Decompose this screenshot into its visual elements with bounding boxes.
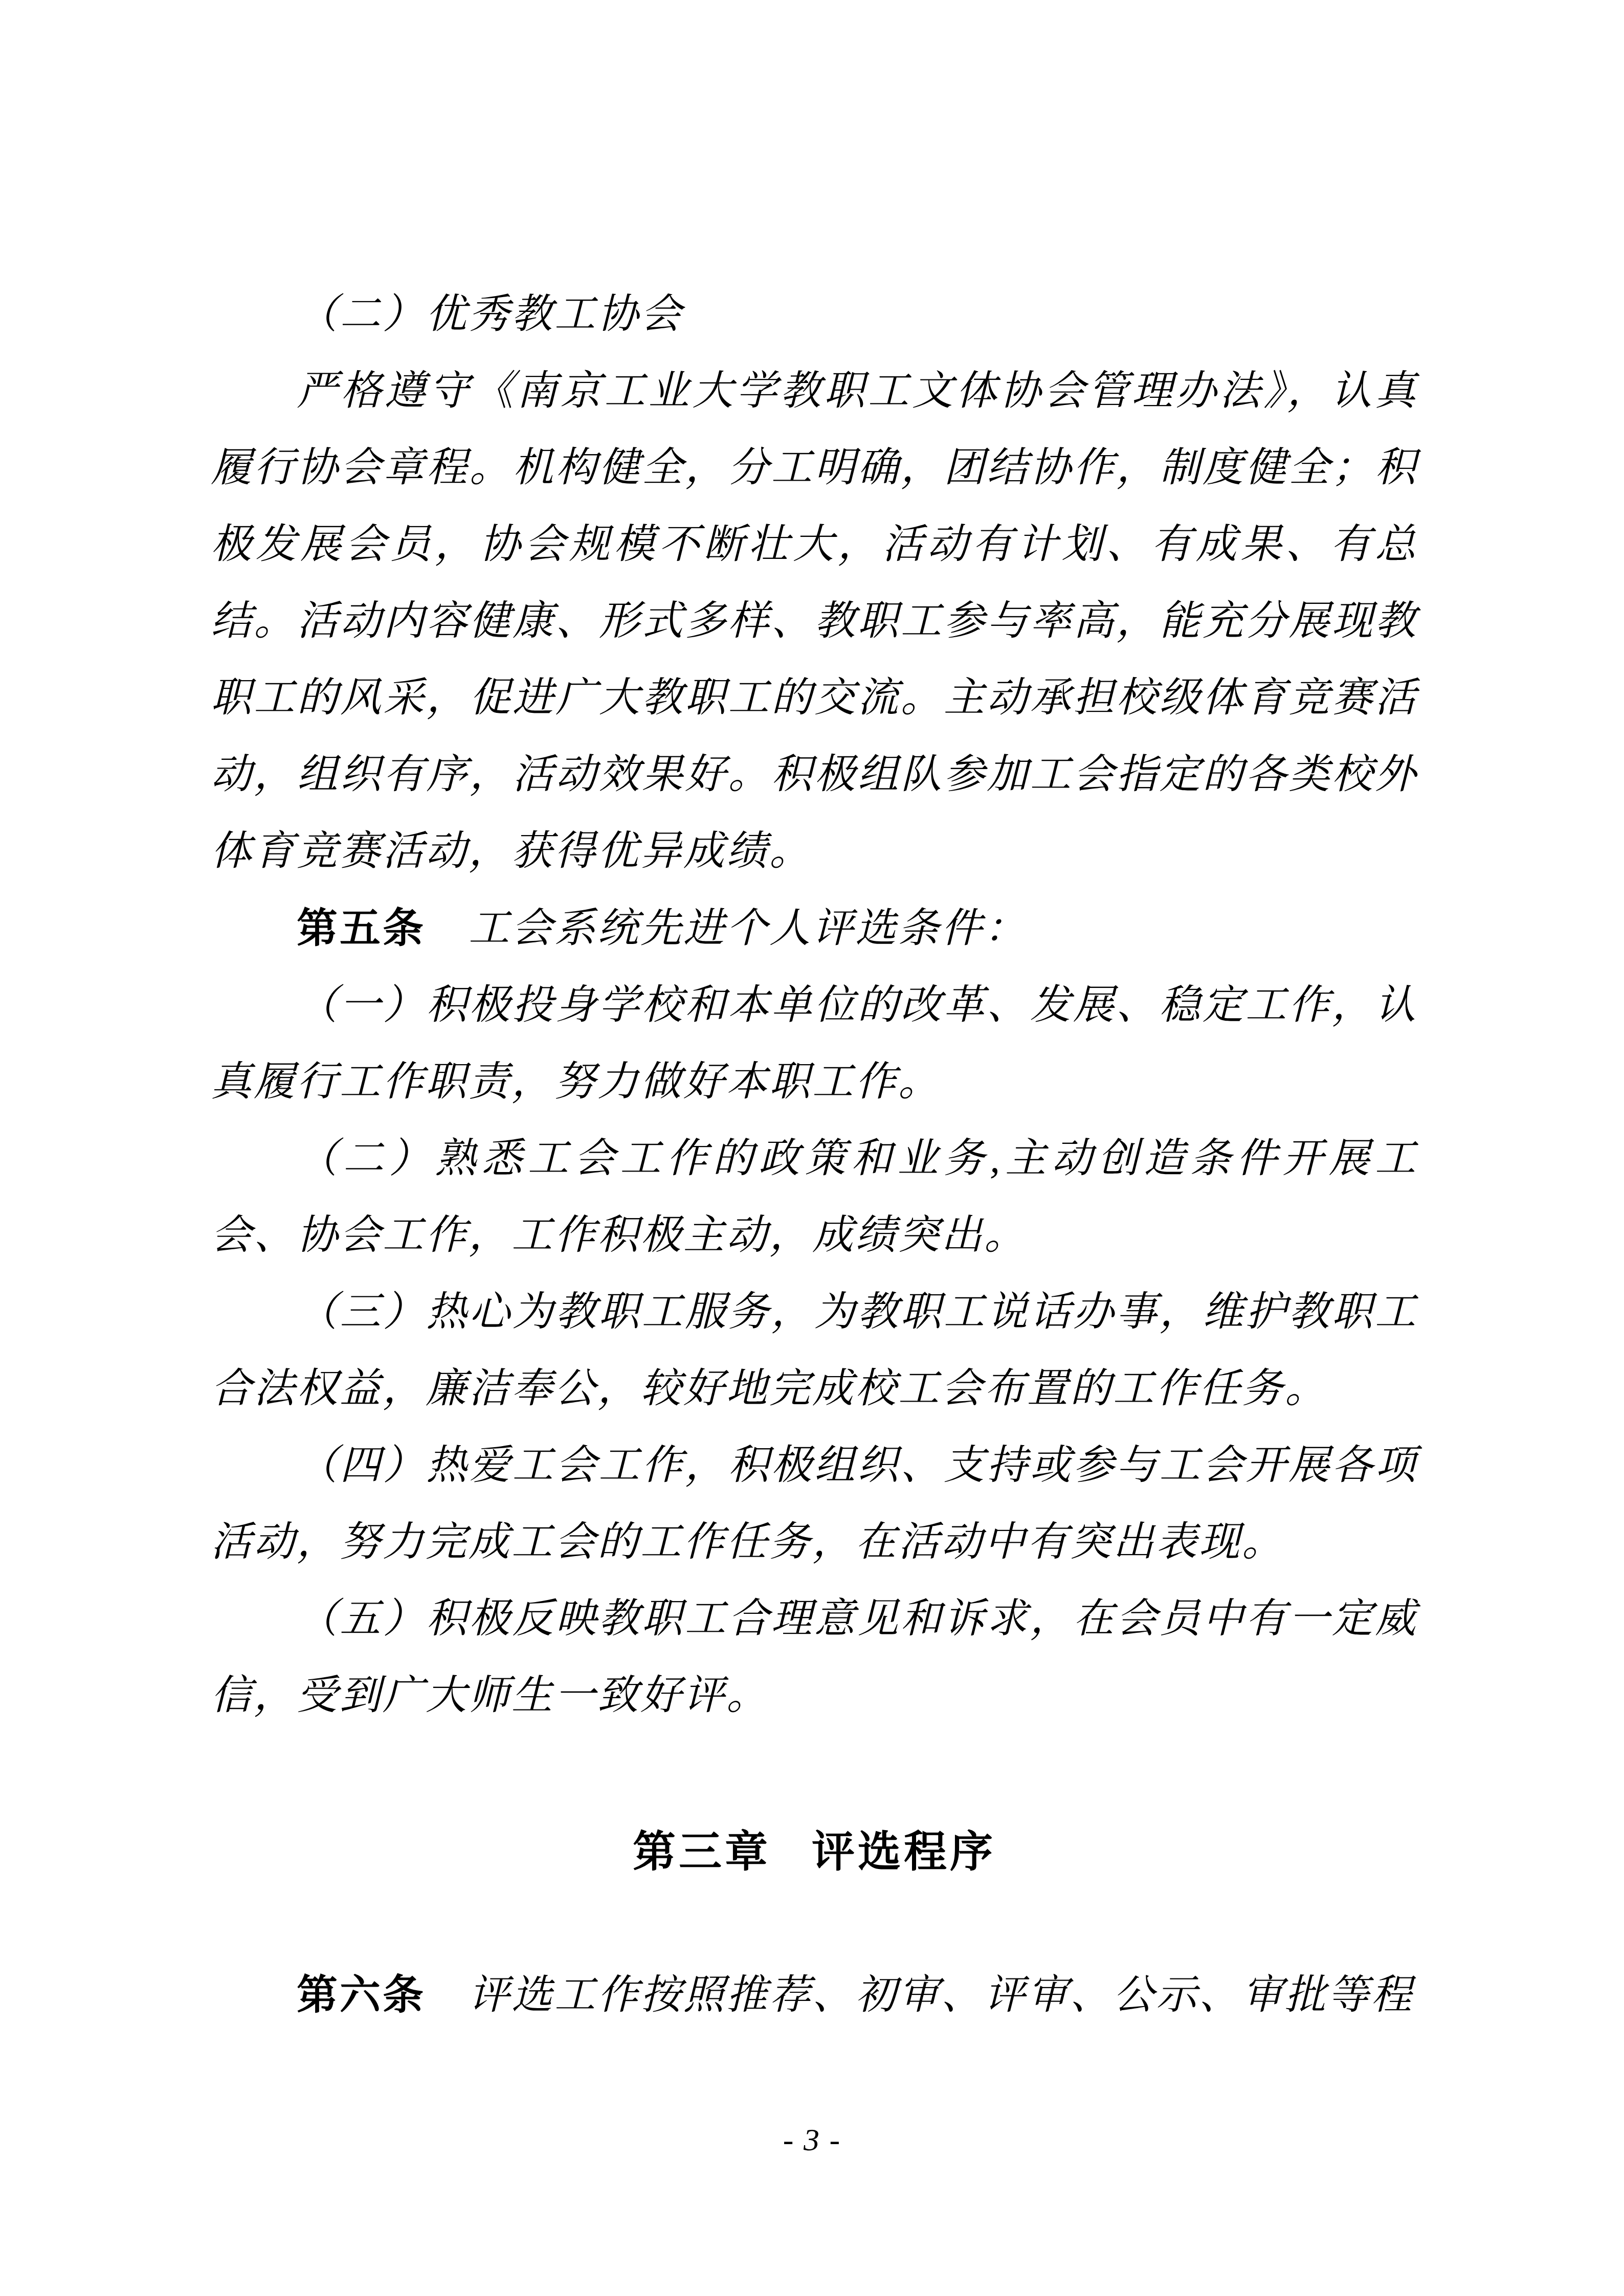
document-body: （二）优秀教工协会 严格遵守《南京工业大学教职工文体协会管理办法》，认真履行协会… bbox=[211, 276, 1418, 2034]
para-condition-3: （三）热心为教职工服务，为教职工说话办事，维护教职工合法权益，廉洁奉公，较好地完… bbox=[211, 1274, 1418, 1427]
chapter-three-label: 第三章 bbox=[633, 1828, 771, 1876]
article-five-text: 工会系统先进个人评选条件： bbox=[469, 906, 1027, 951]
para-condition-5: （五）积极反映教职工合理意见和诉求，在会员中有一定威信，受到广大师生一致好评。 bbox=[211, 1581, 1418, 1734]
chapter-three-title: 评选程序 bbox=[812, 1828, 996, 1876]
para-item-two-heading: （二）优秀教工协会 bbox=[211, 276, 1418, 353]
article-six-label: 第六条 bbox=[297, 1972, 426, 2017]
document-page: （二）优秀教工协会 严格遵守《南京工业大学教职工文体协会管理办法》，认真履行协会… bbox=[0, 0, 1624, 2296]
para-article-five: 第五条工会系统先进个人评选条件： bbox=[211, 890, 1418, 967]
page-number: - 3 - bbox=[0, 2120, 1624, 2160]
para-condition-2: （二）熟悉工会工作的政策和业务,主动创造条件开展工会、协会工作，工作积极主动，成… bbox=[211, 1120, 1418, 1274]
chapter-three-heading: 第三章评选程序 bbox=[211, 1813, 1418, 1890]
para-article-six: 第六条评选工作按照推荐、初审、评审、公示、审批等程 bbox=[211, 1956, 1418, 2034]
para-condition-1: （一）积极投身学校和本单位的改革、发展、稳定工作，认真履行工作职责，努力做好本职… bbox=[211, 967, 1418, 1120]
para-association-requirements: 严格遵守《南京工业大学教职工文体协会管理办法》，认真履行协会章程。机构健全，分工… bbox=[211, 353, 1418, 890]
article-five-label: 第五条 bbox=[297, 905, 426, 951]
article-six-text: 评选工作按照推荐、初审、评审、公示、审批等程 bbox=[469, 1973, 1414, 2018]
para-condition-4: （四）热爱工会工作，积极组织、支持或参与工会开展各项活动，努力完成工会的工作任务… bbox=[211, 1427, 1418, 1581]
